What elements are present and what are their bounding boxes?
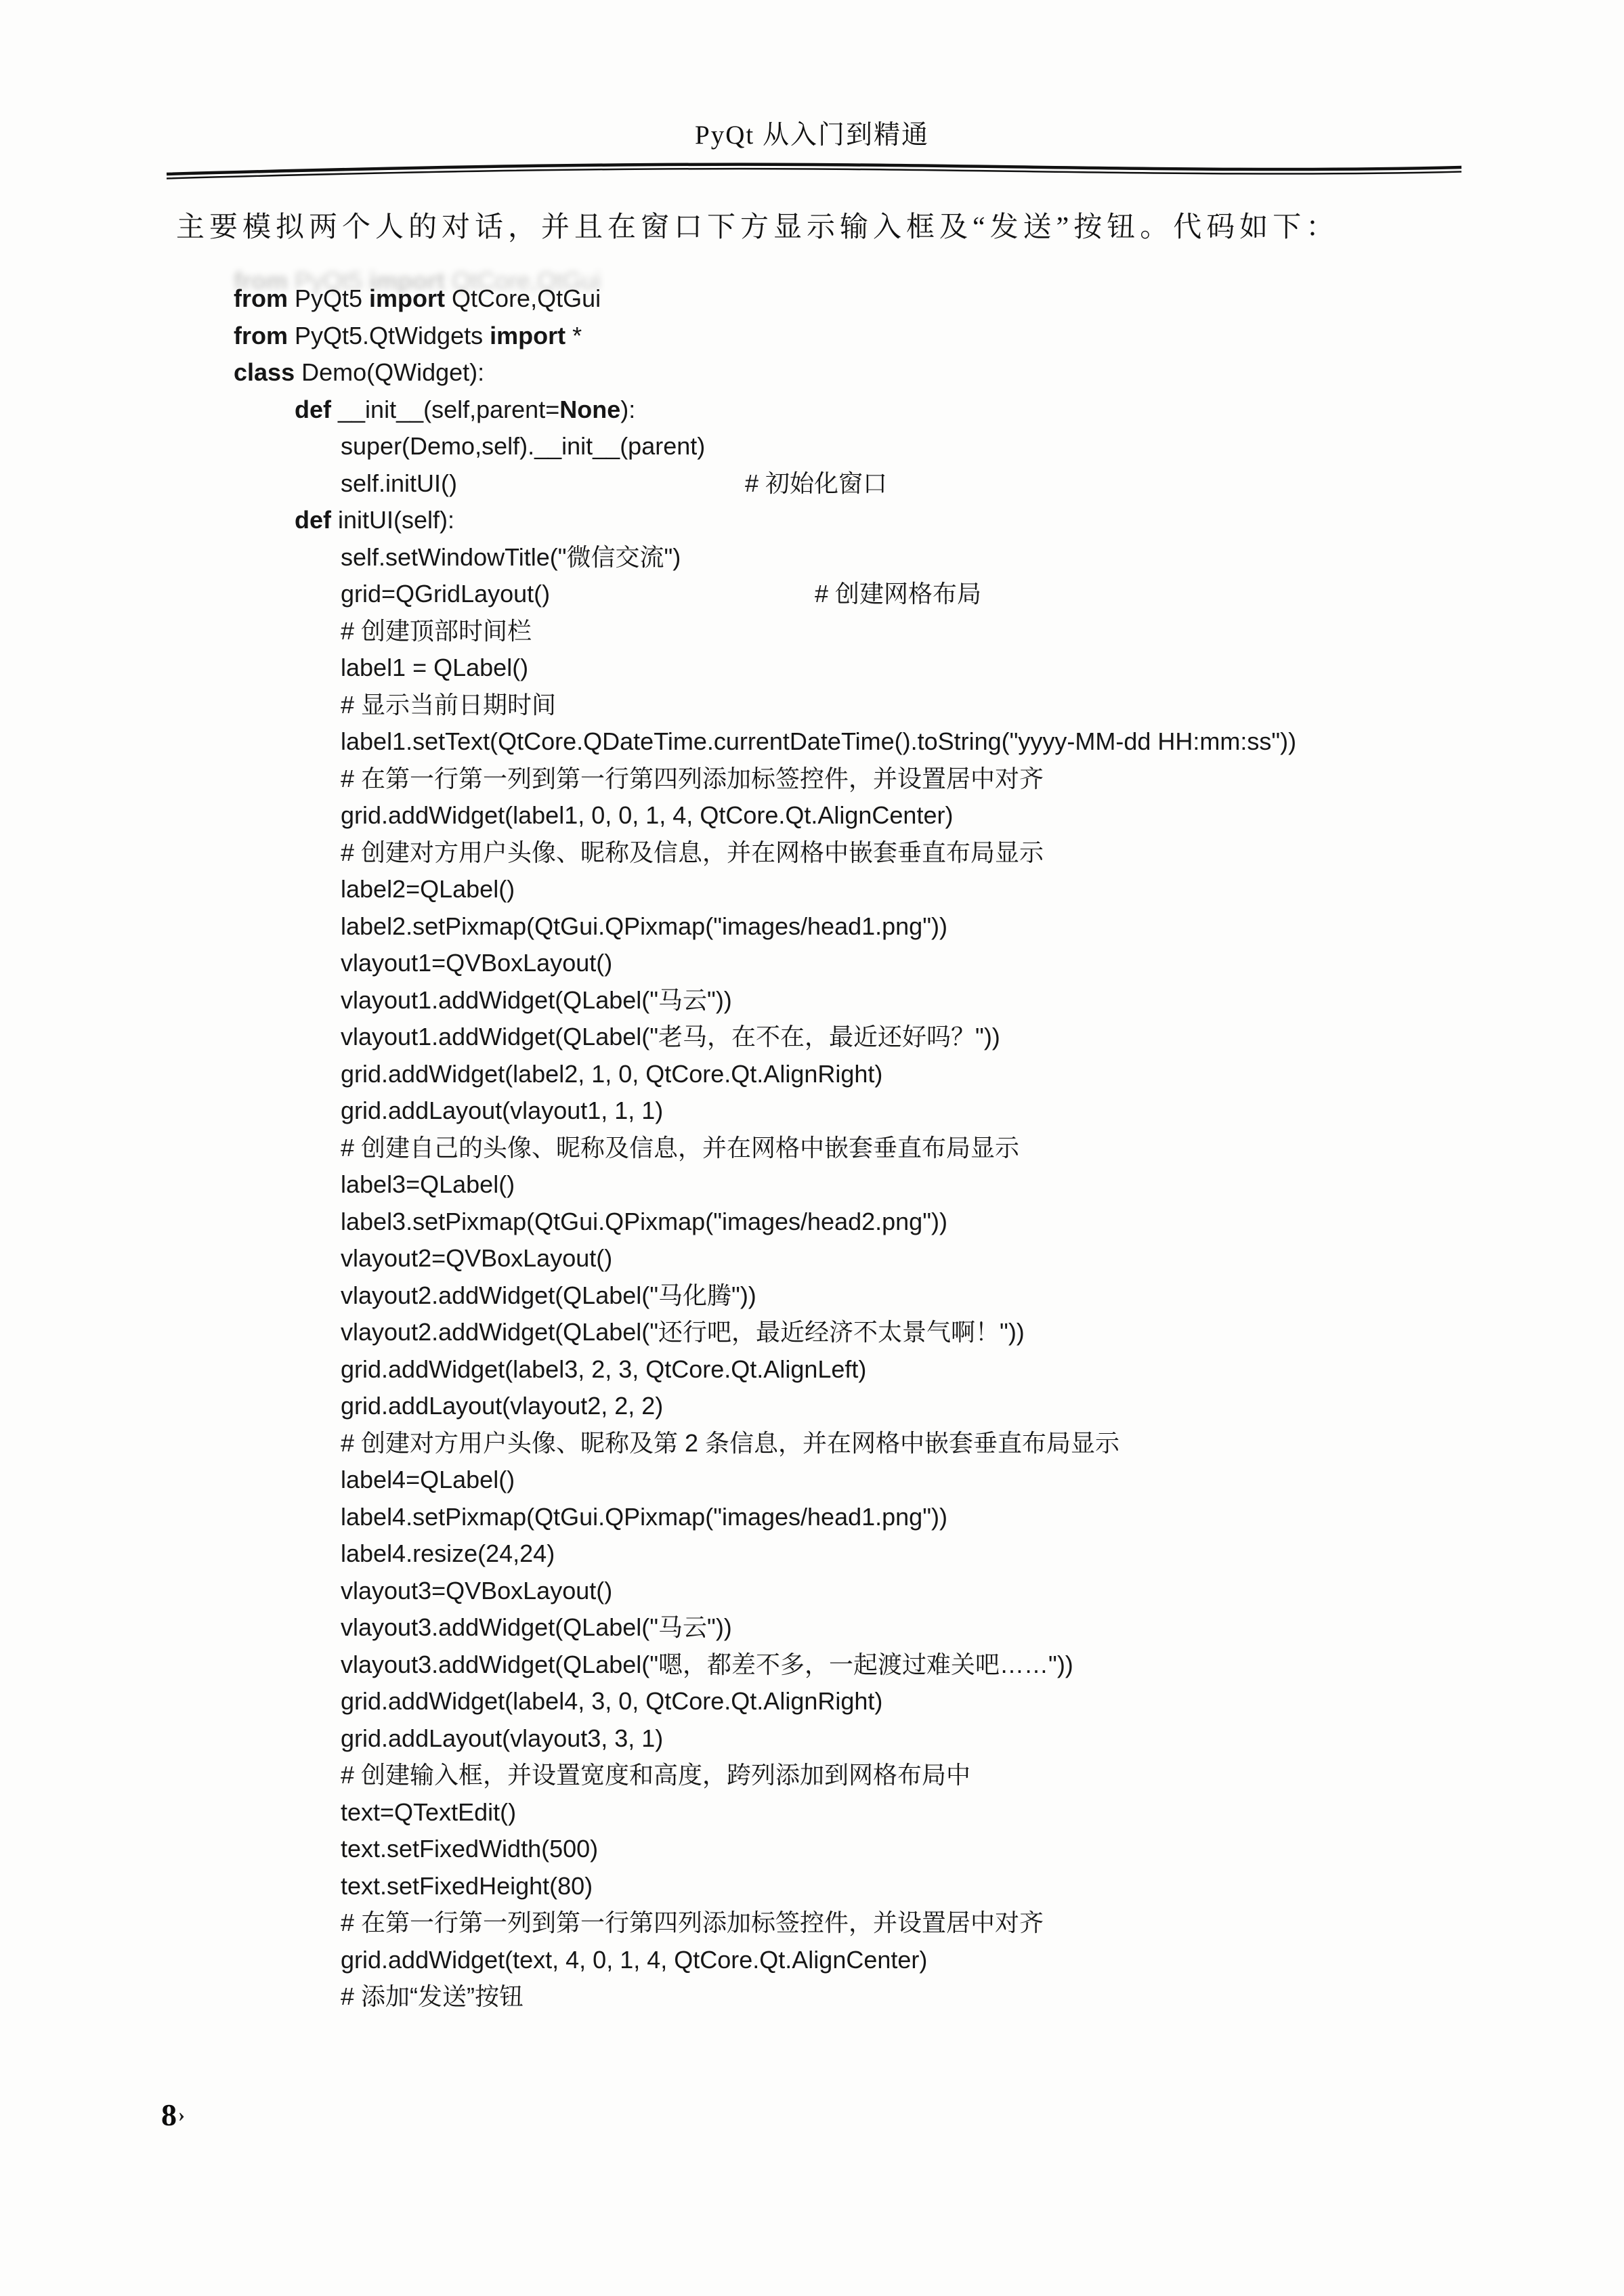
code-block: from PyQt5 import QtCore,QtGuifrom PyQt5… [234,280,1507,2016]
code-line: grid.addWidget(label3, 2, 3, QtCore.Qt.A… [234,1351,1507,1388]
code-line: # 创建顶部时间栏 [234,613,1507,650]
code-keyword: def [295,506,338,534]
code-line: self.initUI()# 初始化窗口 [234,465,1507,503]
code-text: label4.resize(24,24) [341,1539,555,1567]
code-text: grid.addWidget(label2, 1, 0, QtCore.Qt.A… [341,1060,882,1088]
code-text: vlayout3=QVBoxLayout() [341,1577,612,1604]
code-text: # 创建对方用户头像、昵称及信息，并在网格中嵌套垂直布局显示 [341,838,1044,866]
code-text: Demo(QWidget): [301,358,484,386]
code-line: label4=QLabel() [234,1462,1507,1499]
code-line: def initUI(self): [234,502,1507,539]
code-text: grid.addWidget(label3, 2, 3, QtCore.Qt.A… [341,1355,866,1383]
code-line: text.setFixedWidth(500) [234,1831,1507,1868]
code-text: QtCore,QtGui [452,284,601,312]
code-line: vlayout3.addWidget(QLabel("马云")) [234,1609,1507,1646]
code-line: label4.resize(24,24) [234,1535,1507,1573]
code-line: vlayout2.addWidget(QLabel("还行吧，最近经济不太景气啊… [234,1314,1507,1351]
code-text: grid=QGridLayout() [341,580,550,608]
code-text: grid.addLayout(vlayout3, 3, 1) [341,1724,663,1752]
code-text: label1 = QLabel() [341,654,528,681]
code-line: label2.setPixmap(QtGui.QPixmap("images/h… [234,908,1507,945]
code-line: grid.addWidget(label2, 1, 0, QtCore.Qt.A… [234,1056,1507,1093]
code-text: label2=QLabel() [341,875,515,903]
code-line: super(Demo,self).__init__(parent) [234,428,1507,465]
code-line: from PyQt5 import QtCore,QtGui [234,280,1507,318]
code-line: grid=QGridLayout()# 创建网格布局 [234,576,1507,613]
code-line: # 添加“发送”按钮 [234,1978,1507,2016]
code-line: label1.setText(QtCore.QDateTime.currentD… [234,723,1507,761]
code-keyword: import [369,284,452,312]
code-text: # 添加“发送”按钮 [341,1982,523,2010]
code-text: * [572,322,582,349]
intro-paragraph: 主要模拟两个人的对话，并且在窗口下方显示输入框及“发送”按钮。代码如下： [176,209,1449,247]
code-line: # 创建输入框，并设置宽度和高度，跨列添加到网格布局中 [234,1757,1507,1794]
code-line: def __init__(self,parent=None): [234,391,1507,429]
code-line: label2=QLabel() [234,871,1507,908]
page-number-value: 8 [161,2098,177,2132]
code-line: grid.addWidget(label4, 3, 0, QtCore.Qt.A… [234,1683,1507,1720]
code-text: vlayout1.addWidget(QLabel("老马，在不在，最近还好吗？… [341,1023,1000,1050]
code-text: label1.setText(QtCore.QDateTime.currentD… [341,727,1296,755]
code-text: grid.addLayout(vlayout2, 2, 2) [341,1392,663,1420]
code-line: class Demo(QWidget): [234,354,1507,391]
code-line: label3=QLabel() [234,1166,1507,1204]
code-keyword: from [234,322,295,349]
code-text: label4.setPixmap(QtGui.QPixmap("images/h… [341,1503,947,1531]
code-text: text.setFixedWidth(500) [341,1835,598,1863]
code-text: grid.addWidget(label1, 0, 0, 1, 4, QtCor… [341,801,953,829]
code-keyword: def [295,396,338,423]
code-text: text=QTextEdit() [341,1798,516,1826]
code-line: from PyQt5.QtWidgets import * [234,318,1507,355]
code-text: text.setFixedHeight(80) [341,1872,593,1900]
code-line: # 创建自己的头像、昵称及信息，并在网格中嵌套垂直布局显示 [234,1130,1507,1167]
code-line: vlayout2.addWidget(QLabel("马化腾")) [234,1277,1507,1315]
code-text: # 创建输入框，并设置宽度和高度，跨列添加到网格布局中 [341,1761,970,1789]
code-line: label4.setPixmap(QtGui.QPixmap("images/h… [234,1499,1507,1536]
code-line: # 显示当前日期时间 [234,687,1507,724]
code-text: vlayout2=QVBoxLayout() [341,1244,612,1272]
code-text: vlayout3.addWidget(QLabel("马云")) [341,1613,732,1641]
code-text: # 显示当前日期时间 [341,691,556,719]
code-keyword: class [234,358,301,386]
code-text: super(Demo,self).__init__(parent) [341,432,705,460]
code-line: grid.addLayout(vlayout2, 2, 2) [234,1388,1507,1425]
running-head-title: PyQt 从入门到精通 [0,114,1624,152]
code-inline-comment: # 初始化窗口 [745,465,887,503]
code-keyword: from [234,284,295,312]
code-text: self.setWindowTitle("微信交流") [341,543,681,571]
code-text: grid.addWidget(label4, 3, 0, QtCore.Qt.A… [341,1687,882,1715]
code-text: # 在第一行第一列到第一行第四列添加标签控件，并设置居中对齐 [341,765,1044,792]
code-line: vlayout1=QVBoxLayout() [234,945,1507,982]
code-line: # 创建对方用户头像、昵称及信息，并在网格中嵌套垂直布局显示 [234,834,1507,872]
code-line: text.setFixedHeight(80) [234,1868,1507,1905]
code-text: vlayout1=QVBoxLayout() [341,949,612,977]
page-number-mark: › [178,2104,185,2126]
code-line: grid.addWidget(text, 4, 0, 1, 4, QtCore.… [234,1942,1507,1979]
code-line: vlayout1.addWidget(QLabel("老马，在不在，最近还好吗？… [234,1019,1507,1056]
code-text: label4=QLabel() [341,1466,515,1493]
code-keyword: import [490,322,572,349]
code-text: PyQt5.QtWidgets [295,322,490,349]
code-text: vlayout2.addWidget(QLabel("马化腾")) [341,1281,756,1309]
code-line: vlayout3.addWidget(QLabel("嗯，都差不多，一起渡过难关… [234,1646,1507,1684]
code-text: PyQt5 [295,284,369,312]
code-line: vlayout2=QVBoxLayout() [234,1240,1507,1277]
code-text: ): [620,396,635,423]
page-number: 8› [161,2097,185,2133]
code-line: # 创建对方用户头像、昵称及第 2 条信息，并在网格中嵌套垂直布局显示 [234,1425,1507,1462]
code-line: vlayout3=QVBoxLayout() [234,1573,1507,1610]
code-text: vlayout2.addWidget(QLabel("还行吧，最近经济不太景气啊… [341,1318,1025,1346]
code-text: label3.setPixmap(QtGui.QPixmap("images/h… [341,1208,947,1235]
code-text: __init__(self,parent= [338,396,559,423]
code-text: label3=QLabel() [341,1170,515,1198]
code-text: # 创建自己的头像、昵称及信息，并在网格中嵌套垂直布局显示 [341,1134,1019,1162]
code-line: vlayout1.addWidget(QLabel("马云")) [234,982,1507,1019]
code-text: # 创建对方用户头像、昵称及第 2 条信息，并在网格中嵌套垂直布局显示 [341,1429,1119,1457]
header-rule [165,161,1463,180]
code-inline-comment: # 创建网格布局 [815,576,981,613]
code-text: grid.addLayout(vlayout1, 1, 1) [341,1097,663,1124]
code-text: grid.addWidget(text, 4, 0, 1, 4, QtCore.… [341,1946,927,1974]
code-text: vlayout3.addWidget(QLabel("嗯，都差不多，一起渡过难关… [341,1651,1073,1678]
code-text: # 创建顶部时间栏 [341,617,532,645]
code-line: label1 = QLabel() [234,650,1507,687]
code-text: vlayout1.addWidget(QLabel("马云")) [341,986,732,1014]
code-line: # 在第一行第一列到第一行第四列添加标签控件，并设置居中对齐 [234,761,1507,798]
code-line: label3.setPixmap(QtGui.QPixmap("images/h… [234,1204,1507,1241]
code-line: self.setWindowTitle("微信交流") [234,539,1507,576]
code-line: grid.addLayout(vlayout1, 1, 1) [234,1092,1507,1130]
code-keyword: None [559,396,620,423]
code-line: text=QTextEdit() [234,1794,1507,1831]
code-line: grid.addWidget(label1, 0, 0, 1, 4, QtCor… [234,797,1507,834]
code-text: # 在第一行第一列到第一行第四列添加标签控件，并设置居中对齐 [341,1909,1044,1936]
code-text: self.initUI() [341,469,457,497]
code-text: label2.setPixmap(QtGui.QPixmap("images/h… [341,912,947,940]
code-line: # 在第一行第一列到第一行第四列添加标签控件，并设置居中对齐 [234,1905,1507,1942]
code-text: initUI(self): [338,506,454,534]
code-line: grid.addLayout(vlayout3, 3, 1) [234,1720,1507,1758]
book-page: PyQt 从入门到精通 主要模拟两个人的对话，并且在窗口下方显示输入框及“发送”… [0,0,1624,2296]
